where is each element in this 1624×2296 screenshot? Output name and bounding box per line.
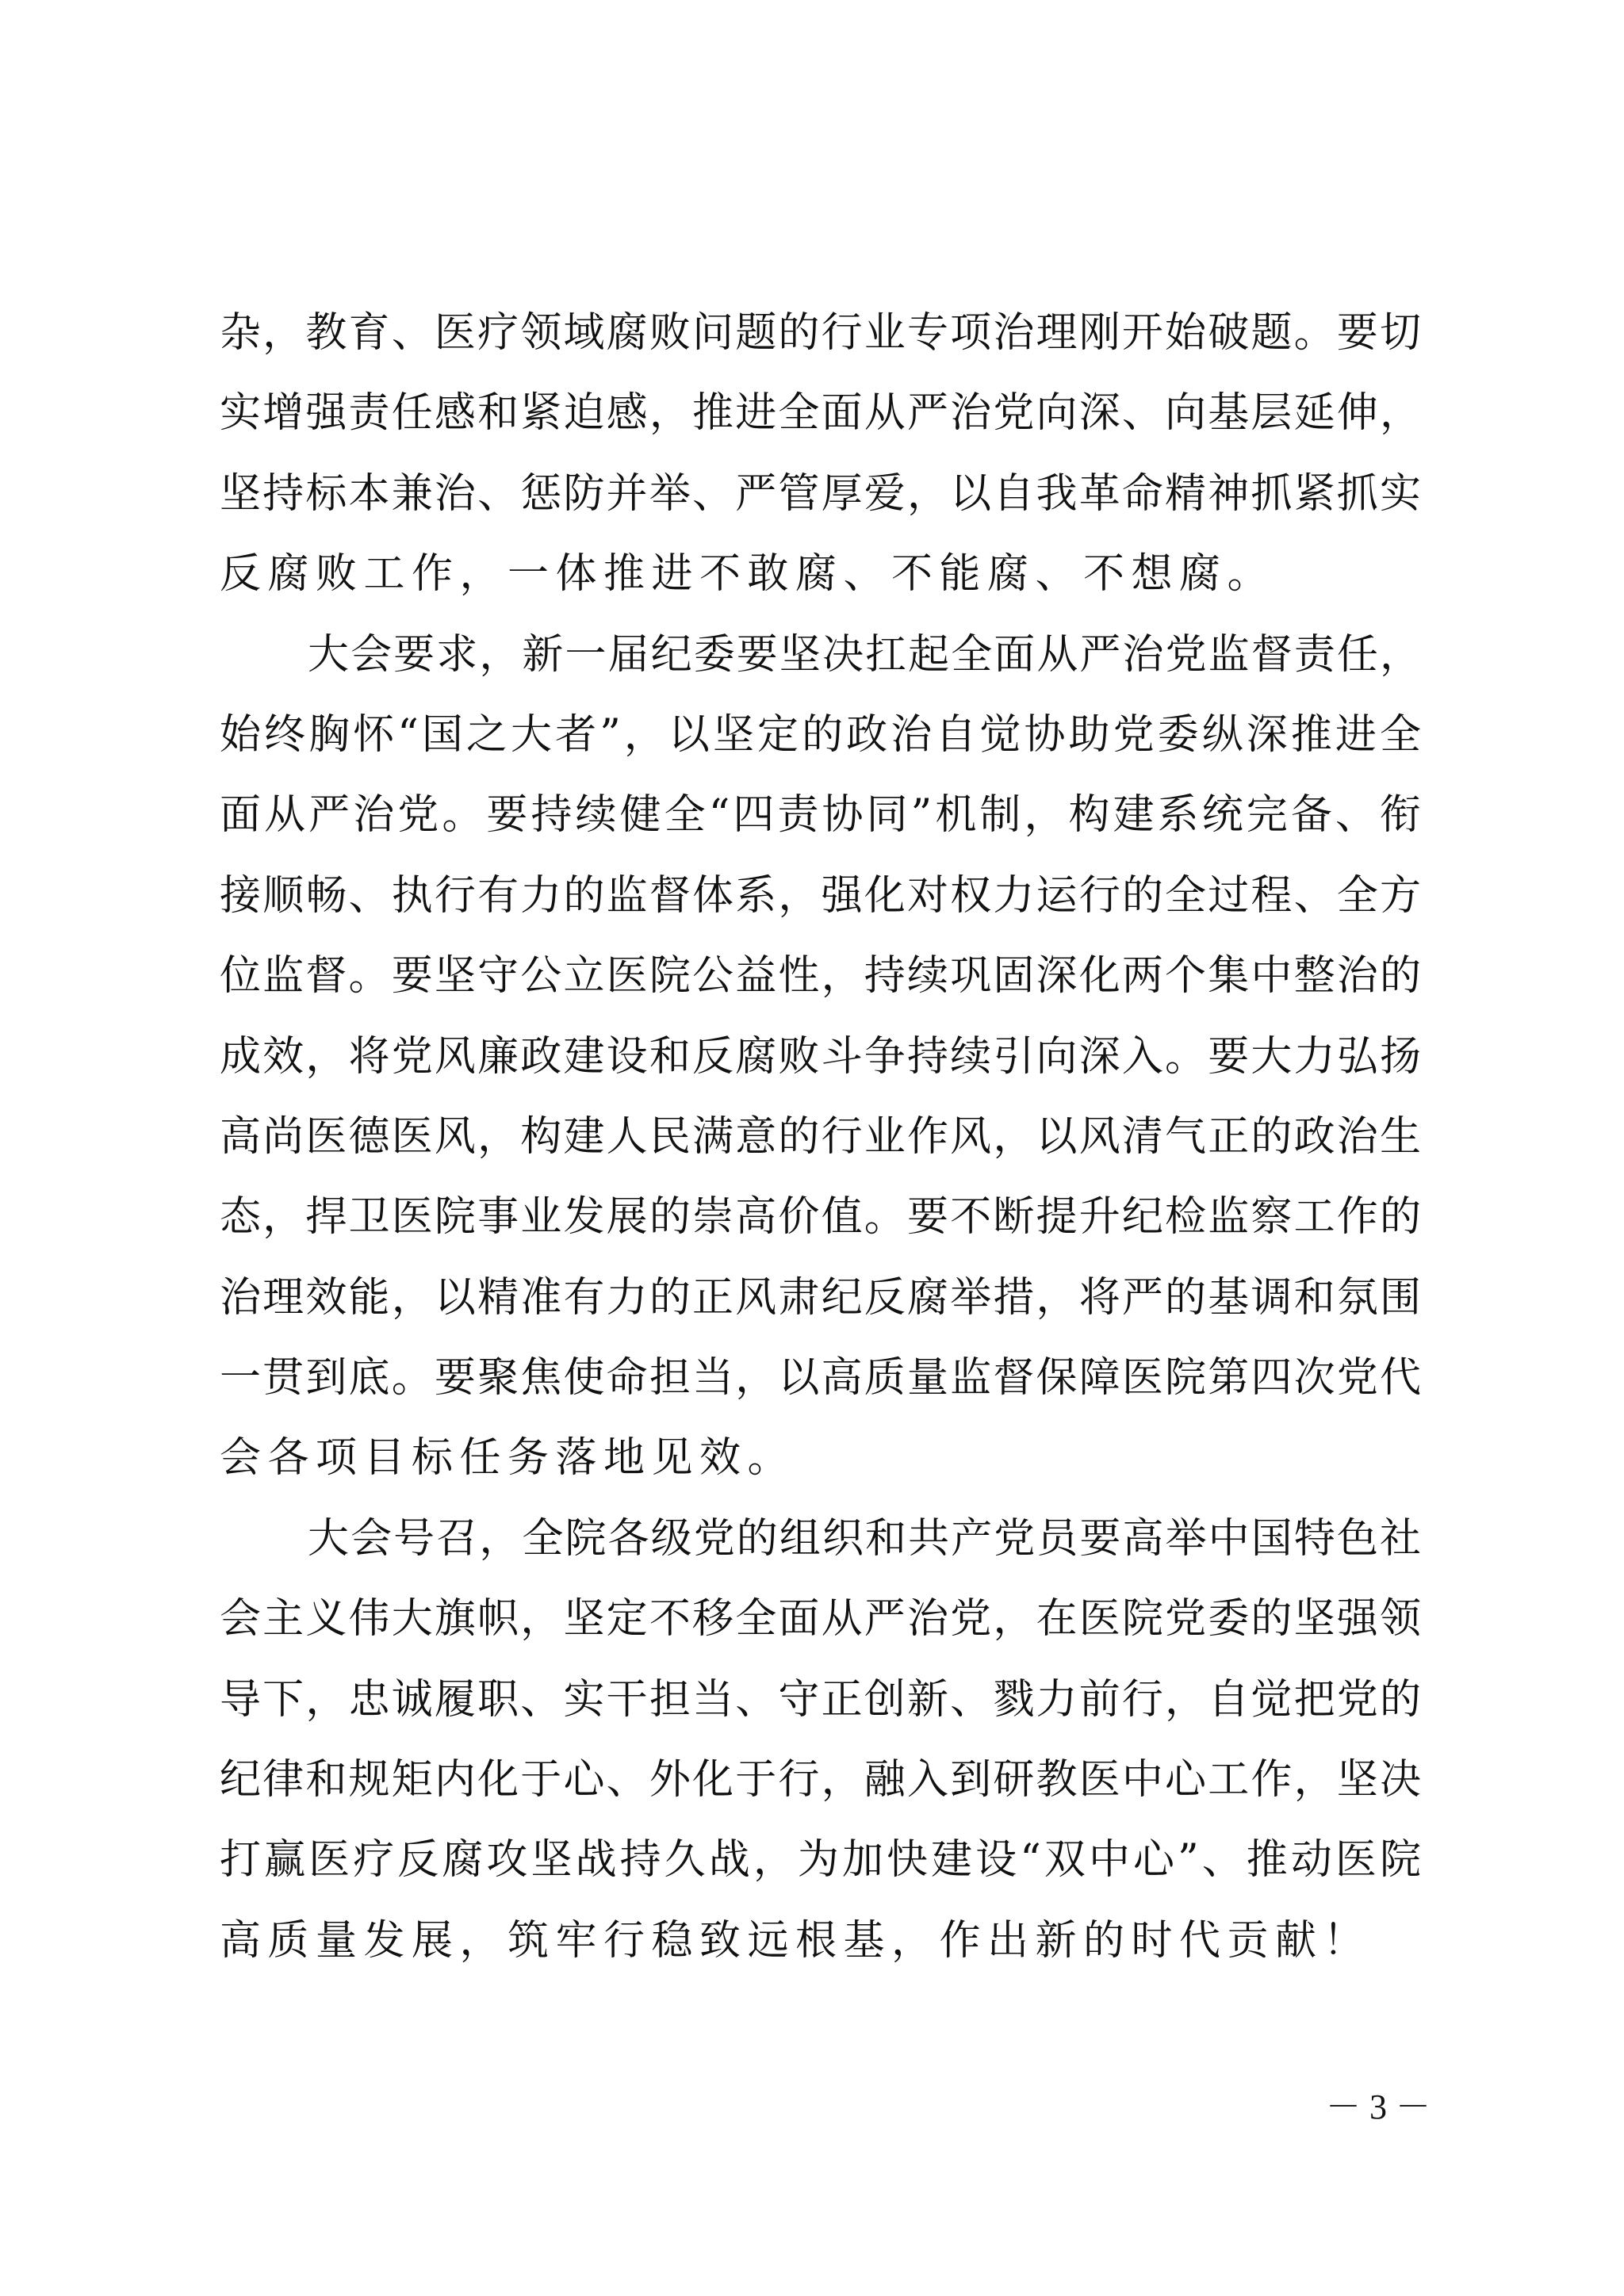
text-line: 会主义伟大旗帜，坚定不移全面从严治党，在医院党委的坚强领 (220, 1587, 1421, 1667)
page-number: － 3 － (1326, 2084, 1429, 2131)
text-line: 态，捍卫医院事业发展的崇高价值。要不断提升纪检监察工作的 (220, 1185, 1421, 1265)
text-line: 成效，将党风廉政建设和反腐败斗争持续引向深入。要大力弘扬 (220, 1025, 1421, 1105)
paragraph-2: 大会要求，新一届纪委要坚决扛起全面从严治党监督责任， 始终胸怀“国之大者”，以坚… (220, 623, 1421, 1507)
paragraph-1: 杂，教育、医疗领域腐败问题的行业专项治理刚开始破题。要切 实增强责任感和紧迫感，… (220, 301, 1421, 623)
document-page: 杂，教育、医疗领域腐败问题的行业专项治理刚开始破题。要切 实增强责任感和紧迫感，… (0, 0, 1624, 2296)
text-line: 打赢医疗反腐攻坚战持久战，为加快建设“双中心”、推动医院 (220, 1828, 1421, 1908)
text-line: 高质量发展，筑牢行稳致远根基，作出新的时代贡献！ (220, 1909, 1421, 1989)
body-text: 杂，教育、医疗领域腐败问题的行业专项治理刚开始破题。要切 实增强责任感和紧迫感，… (220, 301, 1421, 1989)
text-line: 面从严治党。要持续健全“四责协同”机制，构建系统完备、衔 (220, 783, 1421, 863)
text-line: 导下，忠诚履职、实干担当、守正创新、戮力前行，自觉把党的 (220, 1668, 1421, 1748)
text-line: 始终胸怀“国之大者”，以坚定的政治自觉协助党委纵深推进全 (220, 703, 1421, 783)
text-line: 杂，教育、医疗领域腐败问题的行业专项治理刚开始破题。要切 (220, 301, 1421, 381)
text-line: 实增强责任感和紧迫感，推进全面从严治党向深、向基层延伸， (220, 381, 1421, 461)
text-line: 反腐败工作，一体推进不敢腐、不能腐、不想腐。 (220, 542, 1421, 622)
paragraph-3: 大会号召，全院各级党的组织和共产党员要高举中国特色社 会主义伟大旗帜，坚定不移全… (220, 1507, 1421, 1989)
text-line: 治理效能，以精准有力的正风肃纪反腐举措，将严的基调和氛围 (220, 1266, 1421, 1346)
text-line: 一贯到底。要聚焦使命担当，以高质量监督保障医院第四次党代 (220, 1346, 1421, 1426)
text-line: 接顺畅、执行有力的监督体系，强化对权力运行的全过程、全方 (220, 864, 1421, 944)
text-line: 纪律和规矩内化于心、外化于行，融入到研教医中心工作，坚决 (220, 1748, 1421, 1828)
text-line: 坚持标本兼治、惩防并举、严管厚爱，以自我革命精神抓紧抓实 (220, 462, 1421, 542)
text-line: 高尚医德医风，构建人民满意的行业作风，以风清气正的政治生 (220, 1105, 1421, 1185)
text-line: 大会要求，新一届纪委要坚决扛起全面从严治党监督责任， (220, 623, 1421, 703)
text-line: 会各项目标任务落地见效。 (220, 1426, 1421, 1506)
text-line: 大会号召，全院各级党的组织和共产党员要高举中国特色社 (220, 1507, 1421, 1587)
text-line: 位监督。要坚守公立医院公益性，持续巩固深化两个集中整治的 (220, 944, 1421, 1024)
